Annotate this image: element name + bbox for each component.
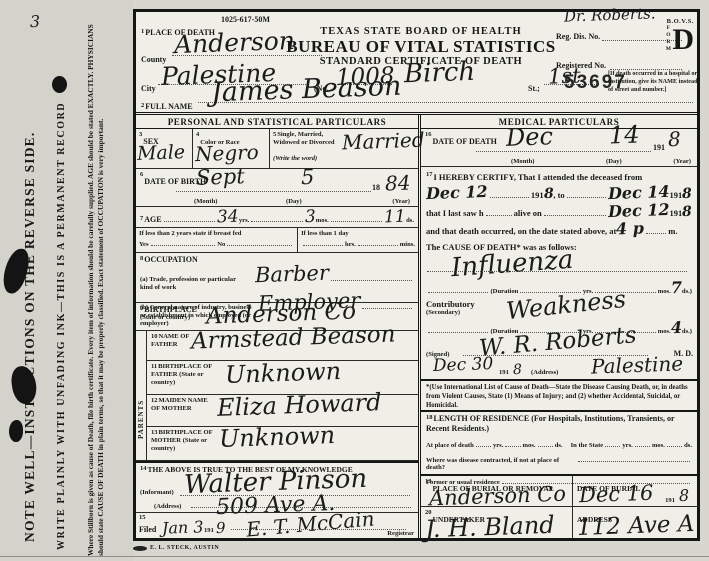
contrib-ds-label: ds.)	[682, 328, 692, 335]
dod-day-label: (Day)	[606, 158, 622, 165]
burial-place-cell: 19PLACE OF BURIAL OR REMOVAL Anderson Co	[421, 476, 573, 506]
cause-duration-days: 7	[670, 280, 682, 296]
marital-value: Married	[342, 130, 425, 153]
form-header: 1025-617-50M Dr. Roberts. TEXAS STATE BO…	[136, 12, 697, 115]
signed-address-value: Palestine	[591, 353, 684, 376]
ink-blot	[52, 76, 67, 93]
age-yrs-label: yrs.	[239, 217, 249, 224]
dob-year-label: (Year)	[392, 198, 410, 205]
undertaker-address-cell: ADDRESS 112 Ave A	[573, 507, 697, 538]
dob-year-value: 84	[384, 173, 410, 194]
row-signed-date: Dec 30 191 8 (Address) Palestine	[421, 361, 697, 381]
dod-month-value: Dec	[506, 124, 554, 150]
to-year-prefix: 191	[670, 187, 683, 203]
breastfed-cell: If less than 2 years state if breast fed…	[136, 228, 298, 252]
mother-birthplace-value: Unknown	[219, 423, 336, 451]
race-cell: 4Color or Race Negro	[193, 129, 270, 168]
ink-blot	[9, 420, 23, 442]
no-label: No	[217, 241, 225, 248]
row-mother-birthplace: 13BIRTHPLACE OF MOTHER (State or country…	[147, 427, 418, 461]
age-days-value: 11	[384, 209, 406, 227]
informant-address-label: (Address)	[154, 503, 181, 510]
signed-year-prefix: 191	[499, 369, 509, 376]
dod-day-value: 14	[609, 122, 640, 147]
filed-date-value: Jan 3	[162, 519, 204, 536]
st-label: St.;	[528, 84, 540, 93]
burial-year-value: 8	[679, 488, 690, 504]
dob-day-label: (Day)	[286, 198, 302, 205]
dob-month-value: Sept	[196, 166, 245, 189]
row-date-of-birth: 6DATE OF BIRTH Sept 5 18 84 (Month) (Day…	[136, 169, 418, 207]
full-name-label: 2FULL NAME	[141, 102, 193, 111]
cause-duration-label: (Duration	[490, 288, 518, 295]
full-name-value: James Beason	[211, 73, 402, 107]
death-certificate-scan: 3 NOTE WELL—INSTRUCTIONS ON THE REVERSE …	[0, 0, 709, 561]
margin-instructions: Where Stillborn is given as cause of Dea…	[86, 8, 107, 556]
age-years-value: 34	[217, 209, 239, 227]
filed-label: Filed	[139, 525, 156, 534]
row-burial: 19PLACE OF BURIAL OR REMOVAL Anderson Co…	[421, 476, 697, 507]
row-filed: 15 Filed Jan 3 191 9 E. T. McCain Regist…	[136, 513, 418, 538]
registrar-line	[231, 529, 406, 530]
personal-column: PERSONAL AND STATISTICAL PARTICULARS 3SE…	[136, 115, 421, 538]
paper-edge-line	[0, 556, 709, 557]
contracted-label: Where was disease contracted, if not at …	[426, 457, 576, 471]
less-than-day-cell: If less than 1 day hrs. mins.	[298, 228, 418, 252]
burial-date-value: Dec 16	[579, 483, 654, 507]
filed-year-value: 9	[216, 521, 226, 536]
signed-address-label: (Address)	[531, 369, 558, 376]
left-margin: 3 NOTE WELL—INSTRUCTIONS ON THE REVERSE …	[0, 0, 133, 561]
contrib-duration-days: 4	[670, 320, 682, 336]
registrar-label: Registrar	[387, 530, 414, 537]
printer-mark: E. L. STECK, AUSTIN	[150, 545, 219, 551]
age-ds-label: ds.	[406, 217, 414, 224]
row-father-name: 10NAME OF FATHER Armstead Beason	[147, 331, 418, 361]
medical-column: MEDICAL PARTICULARS 16DATE OF DEATH Dec …	[421, 115, 697, 538]
certify-line1: I HEREBY CERTIFY, That I attended the de…	[434, 172, 643, 182]
row-date-of-death: 16DATE OF DEATH Dec 14 191 8 (Month) (Da…	[421, 129, 697, 167]
signed-year-value: 8	[513, 363, 522, 377]
medical-section-title: MEDICAL PARTICULARS	[421, 115, 697, 129]
parents-strip: PARENTS	[136, 331, 147, 461]
certificate-form: 1025-617-50M Dr. Roberts. TEXAS STATE BO…	[133, 9, 700, 541]
residence-label: LENGTH OF RESIDENCE (For Hospitals, Inst…	[426, 414, 674, 433]
street-value: Birch	[404, 59, 476, 87]
death-time-value: 4 p	[616, 221, 644, 238]
printer-ornament	[133, 546, 147, 551]
parents-rows: 10NAME OF FATHER Armstead Beason 11BIRTH…	[147, 331, 418, 461]
cause-ds-label: ds.)	[682, 288, 692, 295]
filed-year-prefix: 191	[204, 527, 214, 534]
lessday-label: If less than 1 day	[301, 230, 415, 237]
race-value: Negro	[195, 142, 259, 164]
to-label: , to	[553, 187, 564, 203]
mother-name-value: Eliza Howard	[217, 390, 382, 420]
form-columns: PERSONAL AND STATISTICAL PARTICULARS 3SE…	[136, 115, 697, 538]
row-age: 7AGE 34 yrs. 3 mos. 11 ds.	[136, 207, 418, 228]
parents-block: PARENTS 10NAME OF FATHER Armstead Beason…	[136, 331, 418, 461]
form-letter-d: D	[672, 26, 694, 53]
margin-write-plainly: WRITE PLAINLY WITH UNFADING INK—THIS IS …	[56, 102, 67, 550]
from-year-prefix: 191	[531, 187, 544, 203]
page-number: 3	[30, 14, 41, 30]
dod-month-label: (Month)	[511, 158, 534, 165]
breastfed-label: If less than 2 years state if breast fed	[139, 230, 294, 237]
bovs-form-box: B.O.V.S. FORM D	[646, 18, 694, 53]
certify-line2a: that I last saw h	[426, 205, 484, 221]
dod-line	[476, 151, 651, 152]
occupation-a-label: (a) Trade, profession or particular kind…	[140, 276, 245, 292]
margin-note-well: NOTE WELL—INSTRUCTIONS ON THE REVERSE SI…	[22, 132, 38, 542]
hospital-note: [If death occurred in a hospital or inst…	[608, 70, 698, 93]
dod-year-value: 8	[668, 129, 681, 149]
sex-value: Male	[137, 143, 186, 164]
contrib-mos-label: mos.	[658, 328, 671, 335]
board-title: TEXAS STATE BOARD OF HEALTH	[256, 26, 586, 37]
stock-number: 1025-617-50M	[221, 15, 270, 24]
undertaker-cell: 20UNDERTAKER J. H. Bland	[421, 507, 573, 538]
age-months-value: 3	[305, 209, 316, 226]
signed-date-value: Dec 30	[433, 356, 494, 375]
row-occupation: 8OCCUPATION (a) Trade, profession or par…	[136, 253, 418, 303]
informant-label: (Informant)	[140, 489, 174, 496]
dod-year-label: (Year)	[673, 158, 691, 165]
sex-cell: 3SEX Male	[136, 129, 193, 168]
parents-label: PARENTS	[137, 400, 145, 439]
age-mos-label: mos.	[316, 217, 329, 224]
cause-value: Influenza	[450, 247, 574, 281]
at-place-label: At place of death	[426, 442, 474, 449]
doctor-annotation: Dr. Roberts.	[564, 6, 656, 24]
row-sex-race-marital: 3SEX Male 4Color or Race Negro 5Single, …	[136, 129, 418, 169]
in-state-label: In the State	[571, 442, 604, 449]
row-undertaker: 20UNDERTAKER J. H. Bland ADDRESS 112 Ave…	[421, 507, 697, 538]
dob-month-label: (Month)	[194, 198, 217, 205]
certify-line3: and that death occurred, on the date sta…	[426, 223, 616, 239]
city-label: City	[141, 84, 156, 93]
to-year-value: 8	[682, 187, 692, 201]
burial-year-prefix: 191	[665, 497, 675, 504]
personal-section-title: PERSONAL AND STATISTICAL PARTICULARS	[136, 115, 418, 129]
last-seen-value: Dec 12	[608, 202, 670, 220]
form-word: FORM	[665, 25, 671, 53]
occupation-a-value: Barber	[255, 263, 330, 287]
row-attestation: 14THE ABOVE IS TRUE TO THE BEST OF MY KN…	[136, 461, 418, 513]
burial-date-cell: DATE OF BURIAL Dec 16 191 8	[573, 476, 697, 506]
m-label: m.	[668, 223, 677, 239]
cause-line	[427, 271, 687, 272]
county-value: Anderson	[174, 28, 296, 57]
attended-from-value: Dec 12	[426, 184, 488, 202]
dod-year-prefix: 191	[653, 143, 665, 152]
filed-num: 15	[139, 514, 146, 521]
from-year-value: 8	[543, 187, 553, 201]
dob-year-prefix: 18	[372, 183, 380, 192]
marital-cell: 5Single, Married, Widowed or Divorced (W…	[270, 129, 418, 168]
father-birthplace-value: Unknown	[225, 359, 342, 387]
hrs-label: hrs.	[345, 241, 356, 248]
mins-label: mins.	[400, 241, 415, 248]
dob-line	[176, 191, 371, 192]
reg-dis-label: Reg. Dis. No.	[556, 32, 600, 41]
row-residence: 18LENGTH OF RESIDENCE (For Hospitals, In…	[421, 412, 697, 476]
row-footnote: *(Use International List of Cause of Dea…	[421, 381, 697, 412]
last-year-value: 8	[682, 205, 692, 219]
undertaker-value: J. H. Bland	[425, 513, 555, 542]
row-infant: If less than 2 years state if breast fed…	[136, 228, 418, 253]
yes-label: Yes	[139, 241, 149, 248]
dob-day-value: 5	[301, 167, 315, 188]
father-name-value: Armstead Beason	[191, 323, 396, 353]
burial-place-value: Anderson Co	[429, 484, 567, 510]
registrar-signature: E. T. McCain	[245, 508, 375, 539]
cause-mos-label: mos.	[658, 288, 671, 295]
row-certify: 17I HEREBY CERTIFY, That I attended the …	[421, 167, 697, 241]
certify-line2b: alive on	[514, 205, 542, 221]
marital-sub-label: (Write the word)	[273, 155, 317, 162]
row-cause: The CAUSE OF DEATH* was as follows: Infl…	[421, 241, 697, 297]
undertaker-address-value: 112 Ave A	[577, 513, 695, 540]
last-year-prefix: 191	[670, 205, 683, 221]
